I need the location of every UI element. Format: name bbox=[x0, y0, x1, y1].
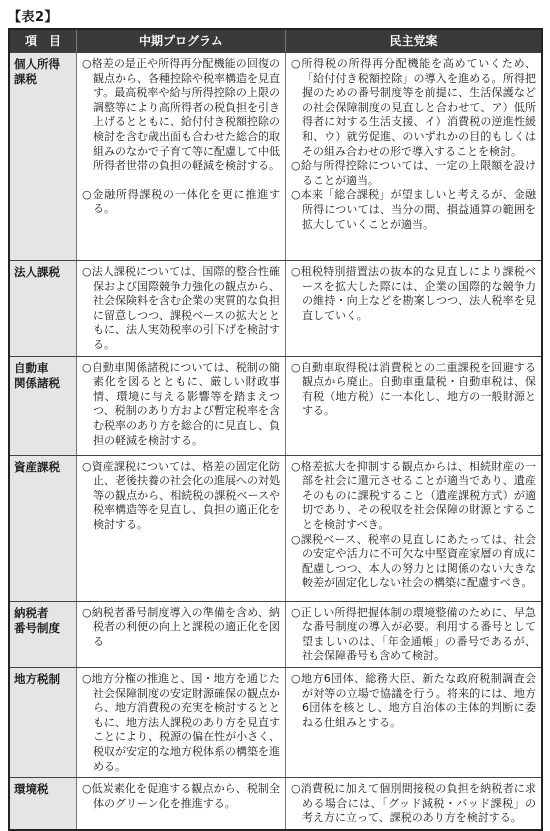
table-row-corporate-tax: 法人課税 ○法人課税については、国際的整合性確保および国際競争力強化の観点から、… bbox=[10, 260, 541, 356]
midterm-cell: ○法人課税については、国際的整合性確保および国際競争力強化の観点から、社会保険料… bbox=[76, 261, 286, 356]
bullet-text: ○納税者番号制度導入の準備を含め、納税者の利便の向上と課税の適正化を図る bbox=[82, 606, 280, 650]
bullet-text: ○自動車関係諸税については、税制の簡素化を図るとともに、厳しい財政事情、環境に与… bbox=[82, 361, 280, 449]
bullet-text: ○本来「総合課税」が望ましいと考えるが、金融所得については、当分の間、損益通算の… bbox=[291, 188, 536, 232]
row-label: 地方税制 bbox=[10, 668, 76, 777]
dpj-cell: ○格差拡大を抑制する観点からは、相続財産の一部を社会に還元させることが適当であり… bbox=[286, 456, 541, 601]
bullet-text: ○自動車取得税は消費税との二重課税を回避する観点から廃止。自動車重量税・自動車税… bbox=[291, 361, 536, 419]
dpj-cell: ○地方6団体、総務大臣、新たな政府税制調査会が対等の立場で協議を行う。将来的には… bbox=[286, 668, 541, 777]
row-label: 個人所得 課税 bbox=[10, 53, 76, 260]
bullet-text: ○金融所得課税の一体化を更に推進する。 bbox=[82, 188, 280, 217]
row-label: 法人課税 bbox=[10, 261, 76, 356]
row-label: 資産課税 bbox=[10, 456, 76, 601]
table-caption: 【表2】 bbox=[8, 6, 543, 25]
midterm-cell: ○納税者番号制度導入の準備を含め、納税者の利便の向上と課税の適正化を図る bbox=[76, 602, 286, 667]
bullet-text: ○租税特別措置法の抜本的な見直しにより課税ベースを拡大した際には、企業の国際的な… bbox=[291, 265, 536, 323]
midterm-cell: ○資産課税については、格差の固定化防止、老後扶養の社会化の進展への対処等の観点か… bbox=[76, 456, 286, 601]
table-row-automobile-taxes: 自動車 関係諸税 ○自動車関係諸税については、税制の簡素化を図るとともに、厳しい… bbox=[10, 356, 541, 455]
bullet-text: ○法人課税については、国際的整合性確保および国際競争力強化の観点から、社会保険料… bbox=[82, 265, 280, 353]
bullet-text: ○所得税の所得再分配機能を高めていくため、「給付付き税額控除」の導入を進める。所… bbox=[291, 57, 536, 159]
midterm-cell: ○自動車関係諸税については、税制の簡素化を図るとともに、厳しい財政事情、環境に与… bbox=[76, 357, 286, 455]
bullet-text: ○資産課税については、格差の固定化防止、老後扶養の社会化の進展への対処等の観点か… bbox=[82, 460, 280, 533]
bullet-text: ○地方6団体、総務大臣、新たな政府税制調査会が対等の立場で協議を行う。将来的には… bbox=[291, 672, 536, 730]
comparison-table: 項 目 中期プログラム 民主党案 個人所得 課税 ○格差の是正や所得再分配機能の… bbox=[8, 28, 543, 831]
table-header-row: 項 目 中期プログラム 民主党案 bbox=[10, 30, 541, 52]
row-label: 環境税 bbox=[10, 778, 76, 829]
document-page: 【表2】 項 目 中期プログラム 民主党案 個人所得 課税 ○格差の是正や所得再… bbox=[0, 0, 550, 831]
header-cell-midterm-program: 中期プログラム bbox=[76, 30, 286, 52]
dpj-cell: ○正しい所得把握体制の環境整備のために、早急な番号制度の導入が必要。利用する番号… bbox=[286, 602, 541, 667]
dpj-cell: ○租税特別措置法の抜本的な見直しにより課税ベースを拡大した際には、企業の国際的な… bbox=[286, 261, 541, 356]
row-label: 納税者 番号制度 bbox=[10, 602, 76, 667]
midterm-cell: ○地方分権の推進と、国・地方を通じた社会保障制度の安定財源確保の観点から、地方消… bbox=[76, 668, 286, 777]
dpj-cell: ○所得税の所得再分配機能を高めていくため、「給付付き税額控除」の導入を進める。所… bbox=[286, 53, 541, 260]
bullet-text: ○正しい所得把握体制の環境整備のために、早急な番号制度の導入が必要。利用する番号… bbox=[291, 606, 536, 664]
midterm-cell: ○低炭素化を促進する観点から、税制全体のグリーン化を推進する。 bbox=[76, 778, 286, 829]
bullet-text: ○消費税に加えて個別間接税の負担を納税者に求める場合には、「グッド減税・バッド課… bbox=[291, 782, 536, 826]
dpj-cell: ○消費税に加えて個別間接税の負担を納税者に求める場合には、「グッド減税・バッド課… bbox=[286, 778, 541, 829]
row-label: 自動車 関係諸税 bbox=[10, 357, 76, 455]
dpj-cell: ○自動車取得税は消費税との二重課税を回避する観点から廃止。自動車重量税・自動車税… bbox=[286, 357, 541, 455]
table-row-environment-tax: 環境税 ○低炭素化を促進する観点から、税制全体のグリーン化を推進する。 ○消費税… bbox=[10, 777, 541, 829]
bullet-text: ○課税ベース、税率の見直しにあたっては、社会の安定や活力に不可欠な中堅資産家層の… bbox=[291, 533, 536, 591]
bullet-text: ○低炭素化を促進する観点から、税制全体のグリーン化を推進する。 bbox=[82, 782, 280, 811]
bullet-text: ○給与所得控除については、一定の上限額を設けることが適当。 bbox=[291, 159, 536, 188]
bullet-text: ○格差の是正や所得再分配機能の回復の観点から、各種控除や税率構造を見直す。最高税… bbox=[82, 57, 280, 174]
bullet-text: ○地方分権の推進と、国・地方を通じた社会保障制度の安定財源確保の観点から、地方消… bbox=[82, 672, 280, 774]
table-row-personal-income-tax: 個人所得 課税 ○格差の是正や所得再分配機能の回復の観点から、各種控除や税率構造… bbox=[10, 52, 541, 260]
table-row-local-tax-system: 地方税制 ○地方分権の推進と、国・地方を通じた社会保障制度の安定財源確保の観点か… bbox=[10, 667, 541, 777]
bullet-text: ○格差拡大を抑制する観点からは、相続財産の一部を社会に還元させることが適当であり… bbox=[291, 460, 536, 533]
header-cell-dpj-proposal: 民主党案 bbox=[286, 30, 541, 52]
table-row-asset-tax: 資産課税 ○資産課税については、格差の固定化防止、老後扶養の社会化の進展への対処… bbox=[10, 455, 541, 601]
midterm-cell: ○格差の是正や所得再分配機能の回復の観点から、各種控除や税率構造を見直す。最高税… bbox=[76, 53, 286, 260]
table-row-taxpayer-number-system: 納税者 番号制度 ○納税者番号制度導入の準備を含め、納税者の利便の向上と課税の適… bbox=[10, 601, 541, 667]
header-cell-item: 項 目 bbox=[10, 30, 76, 52]
